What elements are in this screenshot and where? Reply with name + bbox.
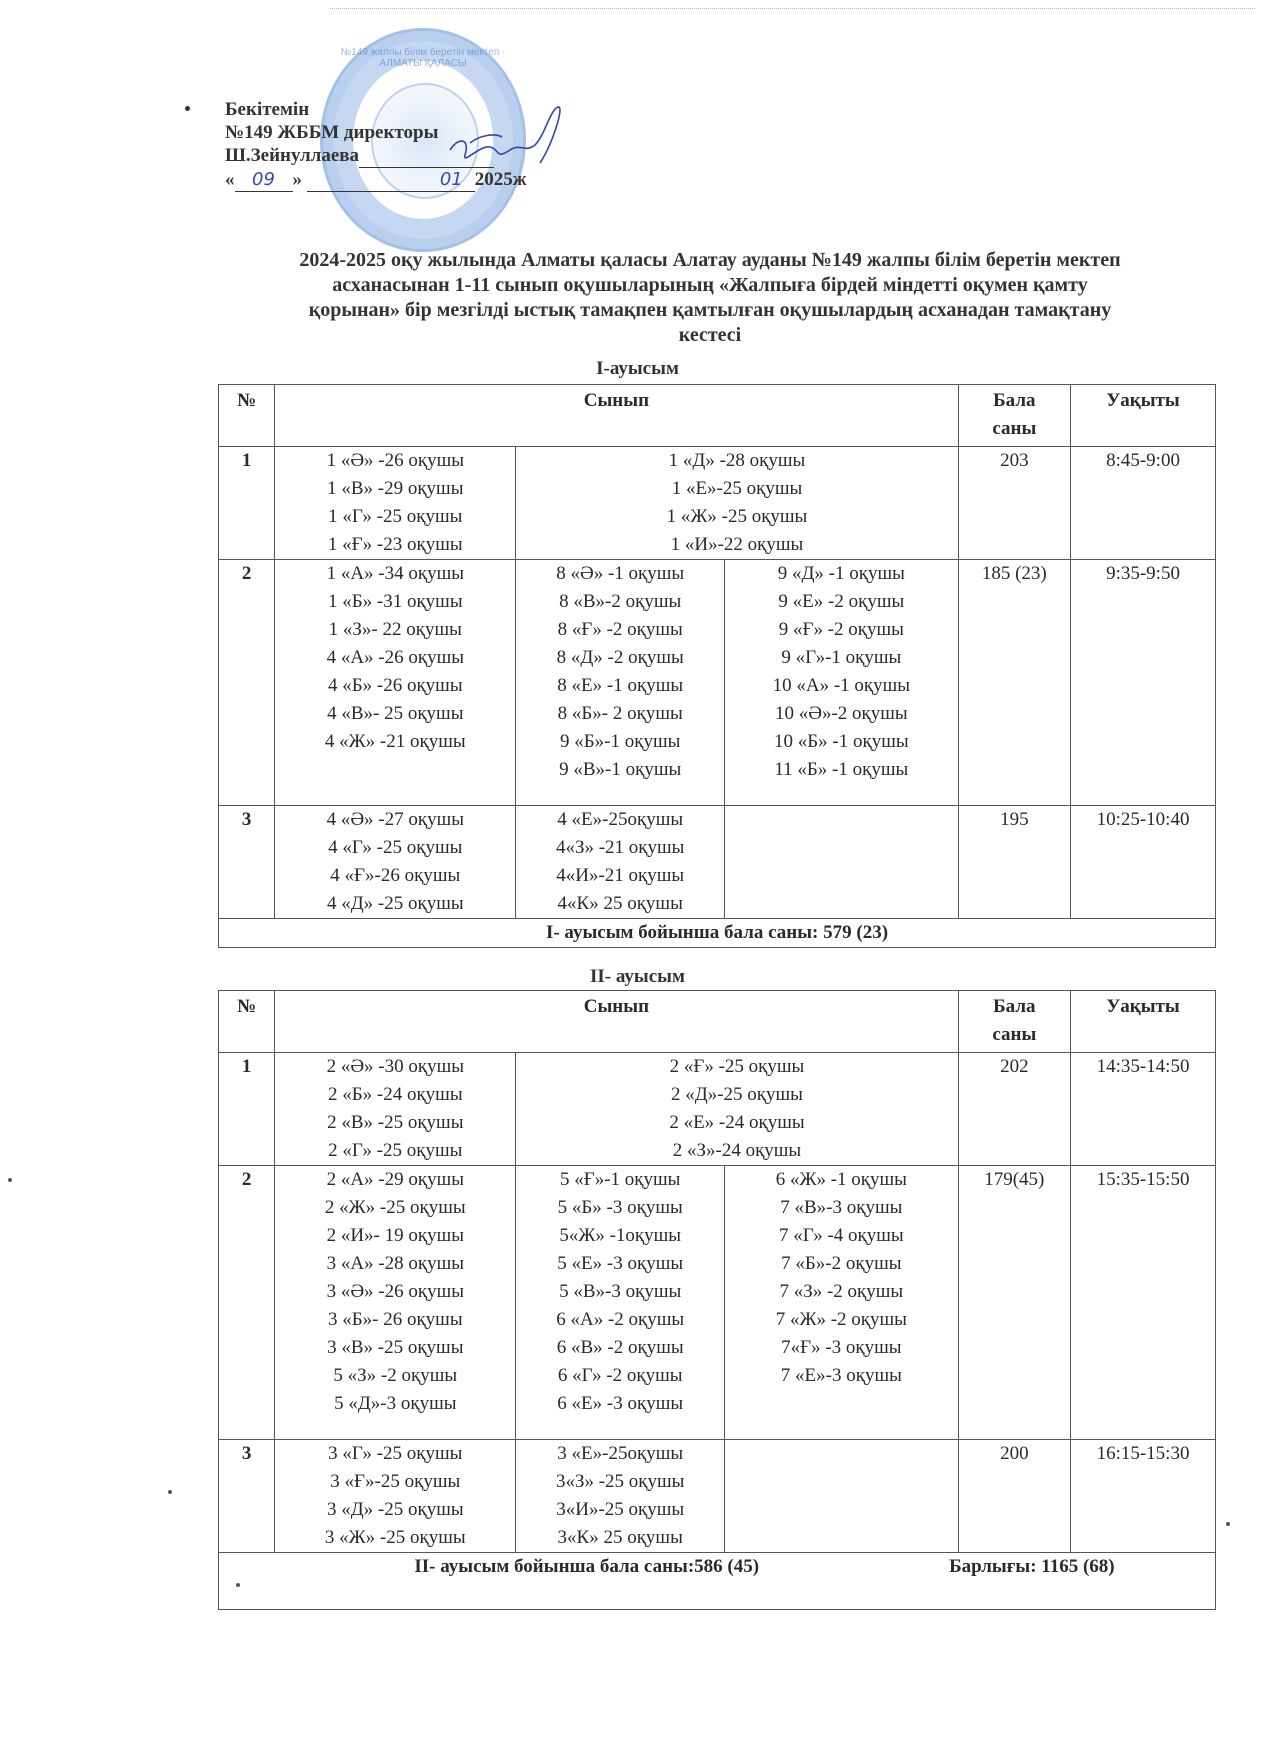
class-entry: 8 «Д» -2 оқушы <box>516 644 724 672</box>
table-row: 1 1 «Ә» -26 оқушы1 «В» -29 оқушы1 «Г» -2… <box>219 447 1216 560</box>
shift2-summary: ІІ- ауысым бойынша бала саны:586 (45) <box>414 1553 759 1581</box>
class-entry: 4«З» -21 оқушы <box>516 834 724 862</box>
class-entry: 2 «Ж» -25 оқушы <box>275 1194 515 1222</box>
class-entry: 2 «Е» -24 оқушы <box>516 1109 957 1137</box>
class-entry: 4 «Ж» -21 оқушы <box>275 728 515 756</box>
class-entry: 3 «Ә» -26 оқушы <box>275 1278 515 1306</box>
class-list <box>725 806 959 919</box>
class-entry: 5 «Д»-3 оқушы <box>275 1390 515 1418</box>
class-list: 4 «Ә» -27 оқушы4 «Г» -25 оқушы4 «Ғ»-26 о… <box>275 806 516 919</box>
quote-close: » <box>293 169 303 190</box>
class-entry: 5 «Е» -3 оқушы <box>516 1250 724 1278</box>
class-entry: 1 «Ж» -25 оқушы <box>516 503 957 531</box>
class-entry: 2 «Д»-25 оқушы <box>516 1081 957 1109</box>
class-entry: 1 «З»- 22 оқушы <box>275 616 515 644</box>
header-class: Сынып <box>275 991 958 1053</box>
class-entry: 1 «Б» -31 оқушы <box>275 588 515 616</box>
class-entry: 10 «А» -1 оқушы <box>725 672 958 700</box>
table-row: 2 2 «А» -29 оқушы2 «Ж» -25 оқушы2 «И»- 1… <box>219 1166 1216 1440</box>
class-entry: 4 «Е»-25оқушы <box>516 806 724 834</box>
class-entry: 2 «Б» -24 оқушы <box>275 1081 515 1109</box>
class-entry: 9 «Г»-1 оқушы <box>725 644 958 672</box>
student-count: 200 <box>958 1440 1070 1553</box>
shift1-summary: І- ауысым бойынша бала саны: 579 (23) <box>219 919 1216 948</box>
class-entry: 7«Ғ» -3 оқушы <box>725 1334 958 1362</box>
table-header-row: № Сынып Баласаны Уақыты <box>219 991 1216 1053</box>
class-entry: 1 «Е»-25 оқушы <box>516 475 957 503</box>
class-entry: 2 «Ә» -30 оқушы <box>275 1053 515 1081</box>
class-entry: 9 «Ғ» -2 оқушы <box>725 616 958 644</box>
class-entry: 3 «В» -25 оқушы <box>275 1334 515 1362</box>
class-entry: 4 «В»- 25 оқушы <box>275 700 515 728</box>
class-entry: 7 «З» -2 оқушы <box>725 1278 958 1306</box>
director-name: Ш.Зейнуллаева <box>225 145 359 166</box>
quote-open: « <box>225 169 235 190</box>
class-entry: 8 «Е» -1 оқушы <box>516 672 724 700</box>
class-list: 8 «Ә» -1 оқушы8 «В»-2 оқушы8 «Ғ» -2 оқуш… <box>516 560 725 806</box>
class-entry: 4«К» 25 оқушы <box>516 890 724 918</box>
class-list: 2 «Ғ» -25 оқушы2 «Д»-25 оқушы2 «Е» -24 о… <box>516 1053 958 1166</box>
signature-icon <box>440 105 570 175</box>
table-row: 3 4 «Ә» -27 оқушы4 «Г» -25 оқушы4 «Ғ»-26… <box>219 806 1216 919</box>
student-count: 203 <box>958 447 1070 560</box>
header-no: № <box>219 385 275 447</box>
shift1-summary-row: І- ауысым бойынша бала саны: 579 (23) <box>219 919 1216 948</box>
class-list: 3 «Г» -25 оқушы3 «Ғ»-25 оқушы3 «Д» -25 о… <box>275 1440 516 1553</box>
class-list: 1 «Ә» -26 оқушы1 «В» -29 оқушы1 «Г» -25 … <box>275 447 516 560</box>
class-entry: 9 «Е» -2 оқушы <box>725 588 958 616</box>
scan-speck <box>236 1583 240 1587</box>
class-list: 2 «А» -29 оқушы2 «Ж» -25 оқушы2 «И»- 19 … <box>275 1166 516 1440</box>
class-entry: 10 «Ә»-2 оқушы <box>725 700 958 728</box>
meal-time: 10:25-10:40 <box>1071 806 1216 919</box>
document-title: 2024-2025 оқу жылында Алматы қаласы Алат… <box>210 248 1210 348</box>
date-day: 09 <box>235 168 293 192</box>
class-entry: 7 «В»-3 оқушы <box>725 1194 958 1222</box>
meal-time: 9:35-9:50 <box>1071 560 1216 806</box>
grand-total: Барлығы: 1165 (68) <box>949 1553 1115 1581</box>
class-entry: 8 «Б»- 2 оқушы <box>516 700 724 728</box>
class-entry: 9 «Б»-1 оқушы <box>516 728 724 756</box>
class-entry: 5 «З» -2 оқушы <box>275 1362 515 1390</box>
class-entry: 1 «В» -29 оқушы <box>275 475 515 503</box>
class-entry: 2 «А» -29 оқушы <box>275 1166 515 1194</box>
class-entry: 9 «Д» -1 оқушы <box>725 560 958 588</box>
title-line-1: 2024-2025 оқу жылында Алматы қаласы Алат… <box>210 248 1210 273</box>
class-entry: 2 «В» -25 оқушы <box>275 1109 515 1137</box>
class-entry: 5 «Ғ»-1 оқушы <box>516 1166 724 1194</box>
class-entry: 3«З» -25 оқушы <box>516 1468 724 1496</box>
class-entry: 8 «Ғ» -2 оқушы <box>516 616 724 644</box>
row-number: 3 <box>219 1440 275 1553</box>
class-entry: 4 «Д» -25 оқушы <box>275 890 515 918</box>
class-entry: 1 «Д» -28 оқушы <box>516 447 957 475</box>
class-entry: 4 «Ә» -27 оқушы <box>275 806 515 834</box>
class-entry: 7 «Г» -4 оқушы <box>725 1222 958 1250</box>
shift2-label: ІІ- ауысым <box>0 966 1275 988</box>
class-entry: 3 «Б»- 26 оқушы <box>275 1306 515 1334</box>
class-entry: 7 «Е»-3 оқушы <box>725 1362 958 1390</box>
class-list: 6 «Ж» -1 оқушы7 «В»-3 оқушы7 «Г» -4 оқуш… <box>725 1166 959 1440</box>
row-number: 2 <box>219 560 275 806</box>
class-entry: 4 «Ғ»-26 оқушы <box>275 862 515 890</box>
class-entry: 11 «Б» -1 оқушы <box>725 756 958 784</box>
class-entry: 3«И»-25 оқушы <box>516 1496 724 1524</box>
class-entry: 8 «В»-2 оқушы <box>516 588 724 616</box>
student-count: 195 <box>958 806 1070 919</box>
class-entry: 2 «З»-24 оқушы <box>516 1137 957 1165</box>
student-count: 179(45) <box>958 1166 1070 1440</box>
class-entry: 6 «Е» -3 оқушы <box>516 1390 724 1418</box>
class-entry: 4«И»-21 оқушы <box>516 862 724 890</box>
title-line-3: қорынан» бір мезгілді ыстық тамақпен қам… <box>210 298 1210 323</box>
header-no: № <box>219 991 275 1053</box>
class-entry: 1 «Г» -25 оқушы <box>275 503 515 531</box>
class-entry: 3 «А» -28 оқушы <box>275 1250 515 1278</box>
class-entry: 8 «Ә» -1 оқушы <box>516 560 724 588</box>
table-header-row: № Сынып Баласаны Уақыты <box>219 385 1216 447</box>
title-line-2: асханасынан 1-11 сынып оқушыларының «Жал… <box>210 273 1210 298</box>
meal-time: 16:15-15:30 <box>1071 1440 1216 1553</box>
header-class: Сынып <box>275 385 958 447</box>
header-time: Уақыты <box>1071 385 1216 447</box>
row-number: 1 <box>219 447 275 560</box>
class-entry: 5 «Б» -3 оқушы <box>516 1194 724 1222</box>
stamp-text: №149 жалпы білім беретін мектеп · АЛМАТЫ… <box>323 47 523 69</box>
class-entry: 5«Ж» -1оқушы <box>516 1222 724 1250</box>
class-list: 4 «Е»-25оқушы4«З» -21 оқушы4«И»-21 оқушы… <box>516 806 725 919</box>
class-entry: 7 «Б»-2 оқушы <box>725 1250 958 1278</box>
class-entry: 5 «В»-3 оқушы <box>516 1278 724 1306</box>
student-count: 185 (23) <box>958 560 1070 806</box>
class-entry: 6 «Ж» -1 оқушы <box>725 1166 958 1194</box>
class-entry: 6 «Г» -2 оқушы <box>516 1362 724 1390</box>
scan-speck <box>168 1490 172 1494</box>
meal-time: 8:45-9:00 <box>1071 447 1216 560</box>
class-entry: 9 «В»-1 оқушы <box>516 756 724 784</box>
class-entry: 3 «Г» -25 оқушы <box>275 1440 515 1468</box>
class-entry: 1 «И»-22 оқушы <box>516 531 957 559</box>
class-list: 1 «А» -34 оқушы1 «Б» -31 оқушы1 «З»- 22 … <box>275 560 516 806</box>
class-list <box>725 1440 959 1553</box>
class-entry: 3 «Е»-25оқушы <box>516 1440 724 1468</box>
class-entry: 4 «Г» -25 оқушы <box>275 834 515 862</box>
class-entry: 1 «А» -34 оқушы <box>275 560 515 588</box>
class-list: 5 «Ғ»-1 оқушы5 «Б» -3 оқушы5«Ж» -1оқушы5… <box>516 1166 725 1440</box>
shift1-label: І-ауысым <box>0 358 1275 380</box>
class-entry: 7 «Ж» -2 оқушы <box>725 1306 958 1334</box>
class-list: 1 «Д» -28 оқушы1 «Е»-25 оқушы1 «Ж» -25 о… <box>516 447 958 560</box>
meal-time: 14:35-14:50 <box>1071 1053 1216 1166</box>
table-row: 1 2 «Ә» -30 оқушы2 «Б» -24 оқушы2 «В» -2… <box>219 1053 1216 1166</box>
student-count: 202 <box>958 1053 1070 1166</box>
page-edge-line <box>330 8 1255 9</box>
scan-speck <box>8 1178 12 1182</box>
class-entry: 2 «Ғ» -25 оқушы <box>516 1053 957 1081</box>
class-entry: 3 «Ж» -25 оқушы <box>275 1524 515 1552</box>
shift2-summary-row: ІІ- ауысым бойынша бала саны:586 (45)Бар… <box>219 1553 1216 1610</box>
table-row: 3 3 «Г» -25 оқушы3 «Ғ»-25 оқушы3 «Д» -25… <box>219 1440 1216 1553</box>
class-entry: 4 «Б» -26 оқушы <box>275 672 515 700</box>
class-entry: 3 «Ғ»-25 оқушы <box>275 1468 515 1496</box>
shift1-table: № Сынып Баласаны Уақыты 1 1 «Ә» -26 оқуш… <box>218 384 1216 948</box>
class-entry: 3«К» 25 оқушы <box>516 1524 724 1552</box>
class-entry: 6 «В» -2 оқушы <box>516 1334 724 1362</box>
class-entry: 2 «Г» -25 оқушы <box>275 1137 515 1165</box>
class-list: 9 «Д» -1 оқушы9 «Е» -2 оқушы9 «Ғ» -2 оқу… <box>725 560 959 806</box>
header-time: Уақыты <box>1071 991 1216 1053</box>
title-line-4: кестесі <box>210 323 1210 348</box>
class-entry: 10 «Б» -1 оқушы <box>725 728 958 756</box>
shift2-summary-cell: ІІ- ауысым бойынша бала саны:586 (45)Бар… <box>219 1553 1216 1610</box>
class-entry: 4 «А» -26 оқушы <box>275 644 515 672</box>
table-row: 2 1 «А» -34 оқушы1 «Б» -31 оқушы1 «З»- 2… <box>219 560 1216 806</box>
class-entry: 2 «И»- 19 оқушы <box>275 1222 515 1250</box>
bullet-icon <box>185 106 190 111</box>
class-list: 3 «Е»-25оқушы3«З» -25 оқушы3«И»-25 оқушы… <box>516 1440 725 1553</box>
class-entry: 6 «А» -2 оқушы <box>516 1306 724 1334</box>
meal-time: 15:35-15:50 <box>1071 1166 1216 1440</box>
row-number: 1 <box>219 1053 275 1166</box>
row-number: 2 <box>219 1166 275 1440</box>
class-entry: 3 «Д» -25 оқушы <box>275 1496 515 1524</box>
class-entry: 1 «Ғ» -23 оқушы <box>275 531 515 559</box>
row-number: 3 <box>219 806 275 919</box>
class-list: 2 «Ә» -30 оқушы2 «Б» -24 оқушы2 «В» -25 … <box>275 1053 516 1166</box>
scan-speck <box>1226 1522 1230 1526</box>
shift2-table: № Сынып Баласаны Уақыты 1 2 «Ә» -30 оқуш… <box>218 990 1216 1610</box>
class-entry: 1 «Ә» -26 оқушы <box>275 447 515 475</box>
header-count: Баласаны <box>958 991 1070 1053</box>
header-count: Баласаны <box>958 385 1070 447</box>
